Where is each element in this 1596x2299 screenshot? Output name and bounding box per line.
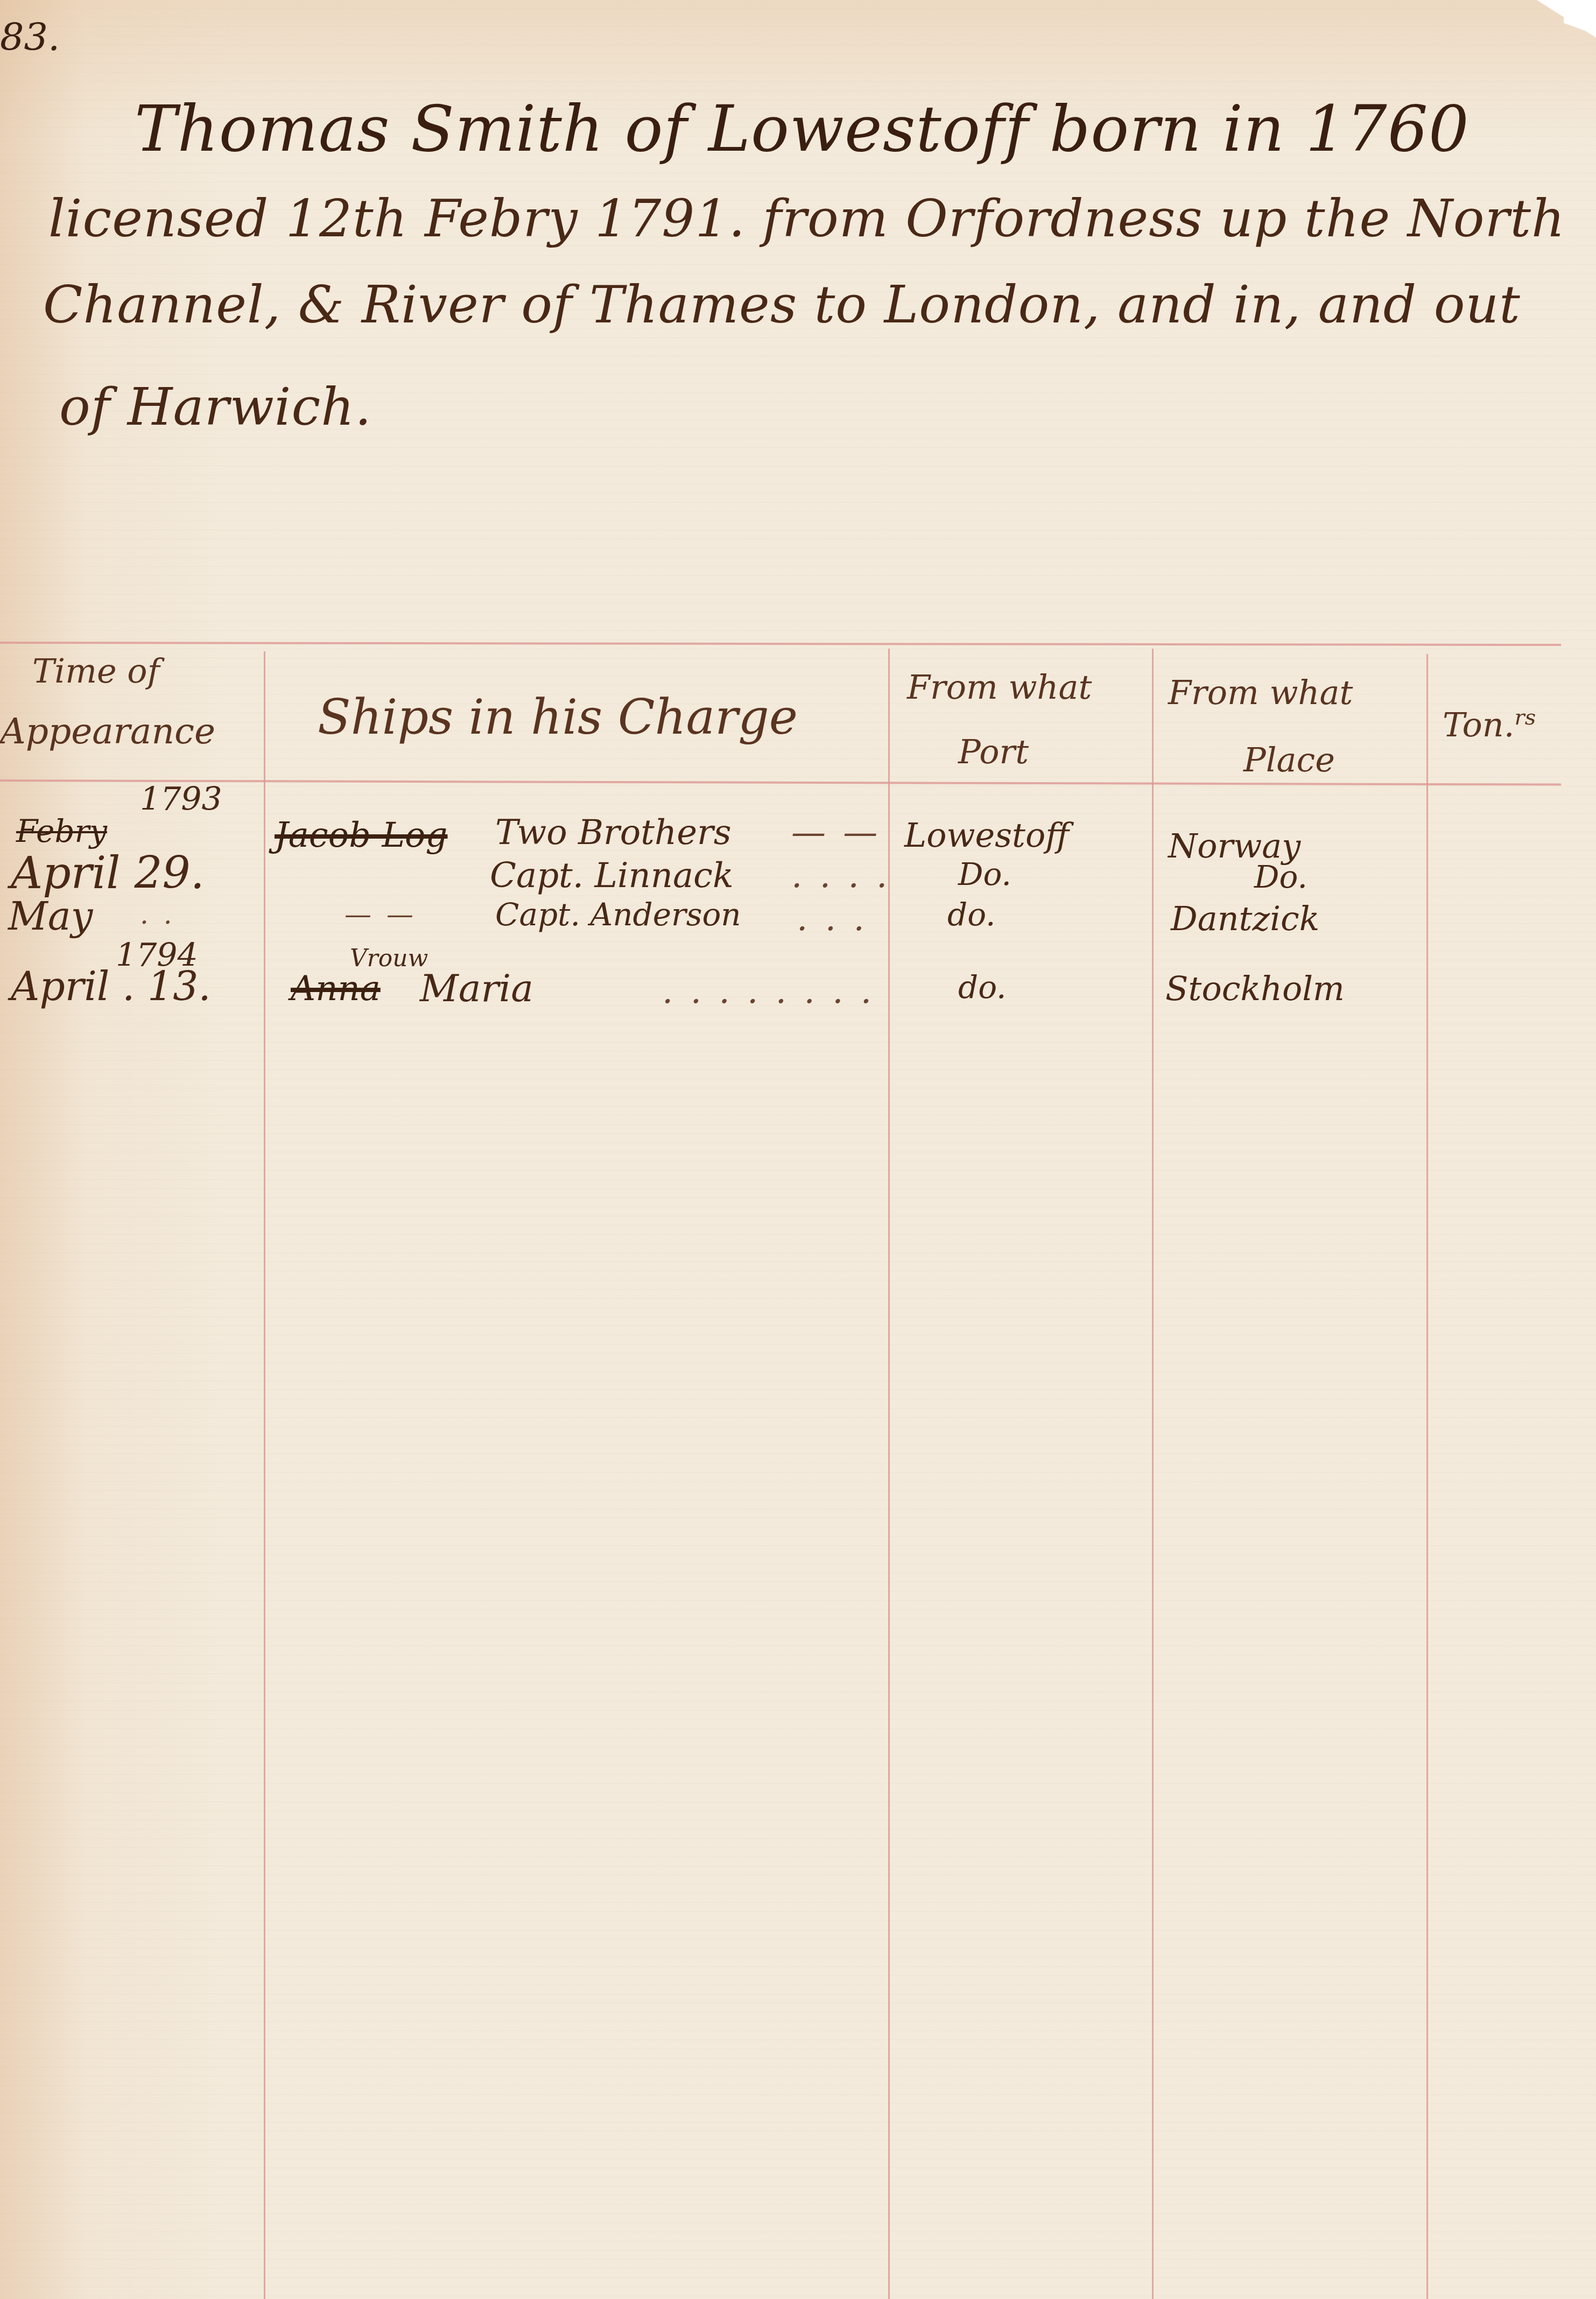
- place-cell: Do.: [1254, 859, 1307, 895]
- column-header-ships: Ships in his Charge: [318, 689, 798, 746]
- heading-line-1: Thomas Smith of Lowestoff born in 1760: [135, 92, 1470, 166]
- torn-page-corner-edge: [1564, 0, 1596, 65]
- place-cell: Dantzick: [1171, 899, 1319, 938]
- column-divider-2: [888, 649, 890, 2299]
- column-header-port-line1: From what: [907, 667, 1092, 707]
- time-cell: April 29.: [11, 848, 205, 899]
- place-cell: Stockholm: [1165, 969, 1345, 1008]
- column-header-tons-sup: rs: [1515, 705, 1536, 730]
- ship-prefix-dash: — —: [344, 899, 417, 930]
- column-header-tons: Ton.rs: [1443, 705, 1536, 744]
- port-cell: Do.: [958, 856, 1011, 892]
- time-dots: . .: [140, 899, 175, 930]
- ship-dots: . . .: [797, 899, 868, 939]
- time-cell: May: [8, 894, 93, 939]
- heading-line-4: of Harwich.: [59, 377, 372, 437]
- column-header-tons-label: Ton.: [1443, 705, 1515, 744]
- column-divider-1: [264, 651, 265, 2299]
- ship-cell: Capt. Linnack: [490, 856, 734, 896]
- ship-dots: . . . .: [791, 856, 890, 896]
- page-number: 83.: [0, 15, 60, 59]
- port-cell: Lowestoff: [904, 815, 1069, 855]
- column-header-place-line2: Place: [1243, 740, 1335, 779]
- ship-dots: — —: [791, 813, 881, 853]
- ship-cell: Maria: [420, 966, 533, 1010]
- column-header-port-line2: Port: [958, 732, 1029, 771]
- ship-cell-struck: Anna: [291, 969, 381, 1009]
- time-cell: April . 13.: [11, 964, 211, 1010]
- port-cell: do.: [958, 969, 1006, 1006]
- ship-cell: Two Brothers: [495, 813, 731, 853]
- column-header-time-line2: Appearance: [0, 711, 215, 752]
- heading-line-3: Channel, & River of Thames to London, an…: [43, 275, 1521, 335]
- ship-dots: . . . . . . . .: [662, 972, 875, 1011]
- ship-cell-struck: Jacob Log: [275, 815, 448, 855]
- paper-background: [0, 0, 1596, 2299]
- column-divider-4: [1426, 654, 1428, 2299]
- column-header-time-line1: Time of: [32, 651, 160, 691]
- column-divider-3: [1152, 649, 1154, 2299]
- ship-interlinear-insertion: Vrouw: [350, 945, 428, 972]
- port-cell: do.: [947, 896, 995, 933]
- time-cell-struck: Febry: [16, 813, 107, 849]
- year-1793: 1793: [140, 781, 222, 818]
- heading-line-2: licensed 12th Febry 1791. from Orfordnes…: [48, 188, 1565, 249]
- column-header-place-line1: From what: [1168, 673, 1353, 712]
- ship-cell: Capt. Anderson: [495, 896, 741, 933]
